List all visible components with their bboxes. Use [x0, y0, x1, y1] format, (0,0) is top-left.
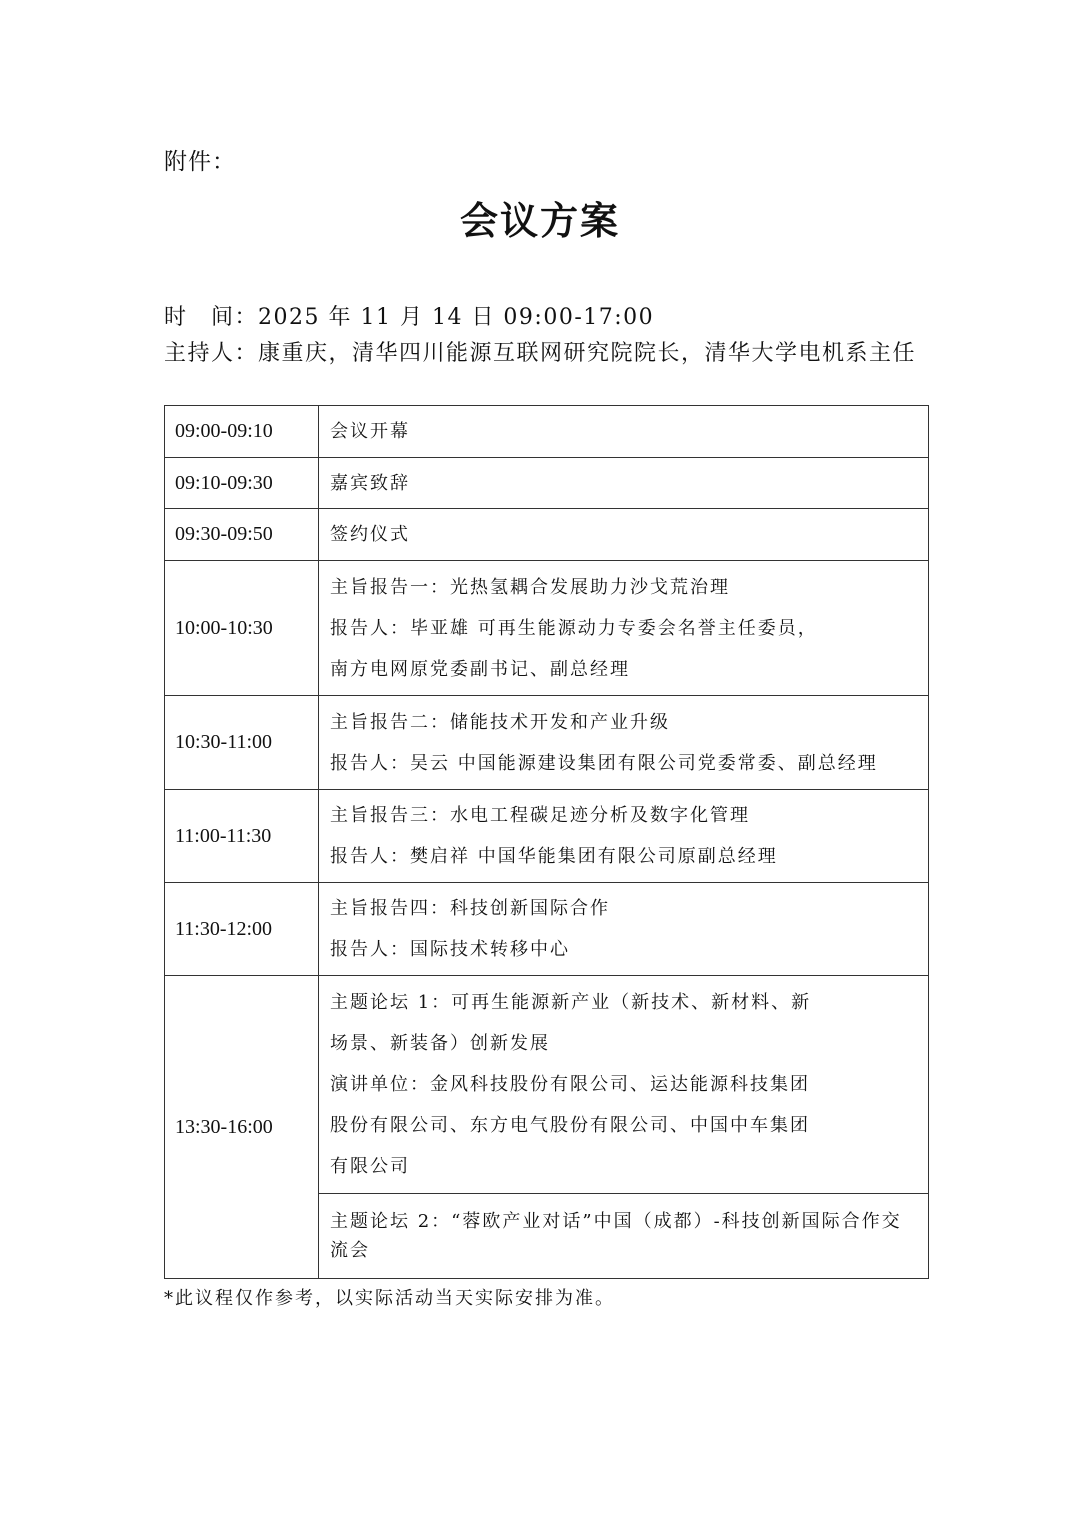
- attachment-label: 附件：: [164, 143, 236, 176]
- content-line: 签约仪式: [330, 514, 924, 555]
- content-line: 嘉宾致辞: [330, 463, 924, 504]
- content-line: 股份有限公司、东方电气股份有限公司、中国中车集团: [330, 1105, 924, 1146]
- time-cell: 09:30-09:50: [165, 509, 319, 561]
- document-title: 会议方案: [0, 190, 1080, 245]
- content-cell: 签约仪式: [319, 509, 929, 561]
- content-line: 主旨报告二：储能技术开发和产业升级: [330, 702, 924, 743]
- content-line: 主旨报告四：科技创新国际合作: [330, 888, 924, 929]
- time-cell: 09:00-09:10: [165, 406, 319, 458]
- content-line: 有限公司: [330, 1146, 924, 1187]
- content-line: 南方电网原党委副书记、副总经理: [330, 649, 924, 690]
- table-row: 11:00-11:30 主旨报告三：水电工程碳足迹分析及数字化管理 报告人：樊启…: [165, 790, 929, 883]
- content-line: 场景、新装备）创新发展: [330, 1023, 924, 1064]
- content-cell: 会议开幕: [319, 406, 929, 458]
- content-line: 主题论坛 2：“蓉欧产业对话”中国（成都）-科技创新国际合作交: [330, 1207, 924, 1236]
- time-cell: 10:30-11:00: [165, 696, 319, 790]
- time-cell: 11:00-11:30: [165, 790, 319, 883]
- meeting-host: 主持人：康重庆，清华四川能源互联网研究院院长，清华大学电机系主任: [164, 336, 924, 372]
- table-row: 09:30-09:50 签约仪式: [165, 509, 929, 561]
- content-cell: 主旨报告二：储能技术开发和产业升级 报告人：吴云 中国能源建设集团有限公司党委常…: [319, 696, 929, 790]
- content-line: 报告人：国际技术转移中心: [330, 929, 924, 970]
- table-row: 09:00-09:10 会议开幕: [165, 406, 929, 458]
- footnote: *此议程仅作参考，以实际活动当天实际安排为准。: [164, 1284, 615, 1310]
- table-row: 10:00-10:30 主旨报告一：光热氢耦合发展助力沙戈荒治理 报告人：毕亚雄…: [165, 561, 929, 696]
- content-cell: 主旨报告三：水电工程碳足迹分析及数字化管理 报告人：樊启祥 中国华能集团有限公司…: [319, 790, 929, 883]
- content-line: 报告人：樊启祥 中国华能集团有限公司原副总经理: [330, 836, 924, 877]
- content-line: 报告人：吴云 中国能源建设集团有限公司党委常委、副总经理: [330, 743, 924, 784]
- content-cell: 主题论坛 2：“蓉欧产业对话”中国（成都）-科技创新国际合作交 流会: [319, 1194, 929, 1279]
- table-row: 10:30-11:00 主旨报告二：储能技术开发和产业升级 报告人：吴云 中国能…: [165, 696, 929, 790]
- time-cell: 09:10-09:30: [165, 458, 319, 509]
- time-cell: 10:00-10:30: [165, 561, 319, 696]
- content-line: 主旨报告三：水电工程碳足迹分析及数字化管理: [330, 795, 924, 836]
- content-cell: 主题论坛 1：可再生能源新产业（新技术、新材料、新 场景、新装备）创新发展 演讲…: [319, 976, 929, 1194]
- content-line: 演讲单位：金风科技股份有限公司、运达能源科技集团: [330, 1064, 924, 1105]
- table-row: 09:10-09:30 嘉宾致辞: [165, 458, 929, 509]
- content-line: 主旨报告一：光热氢耦合发展助力沙戈荒治理: [330, 567, 924, 608]
- content-line: 会议开幕: [330, 411, 924, 452]
- content-line: 流会: [330, 1236, 924, 1265]
- table-row: 13:30-16:00 主题论坛 1：可再生能源新产业（新技术、新材料、新 场景…: [165, 976, 929, 1194]
- agenda-table: 09:00-09:10 会议开幕 09:10-09:30 嘉宾致辞 09:30-…: [164, 405, 929, 1279]
- content-cell: 主旨报告一：光热氢耦合发展助力沙戈荒治理 报告人：毕亚雄 可再生能源动力专委会名…: [319, 561, 929, 696]
- time-cell: 13:30-16:00: [165, 976, 319, 1279]
- content-cell: 主旨报告四：科技创新国际合作 报告人：国际技术转移中心: [319, 883, 929, 976]
- meeting-time: 时 间：2025 年 11 月 14 日 09:00-17:00: [164, 300, 924, 336]
- table-row: 11:30-12:00 主旨报告四：科技创新国际合作 报告人：国际技术转移中心: [165, 883, 929, 976]
- content-cell: 嘉宾致辞: [319, 458, 929, 509]
- content-line: 报告人：毕亚雄 可再生能源动力专委会名誉主任委员，: [330, 608, 924, 649]
- content-line: 主题论坛 1：可再生能源新产业（新技术、新材料、新: [330, 982, 924, 1023]
- time-cell: 11:30-12:00: [165, 883, 319, 976]
